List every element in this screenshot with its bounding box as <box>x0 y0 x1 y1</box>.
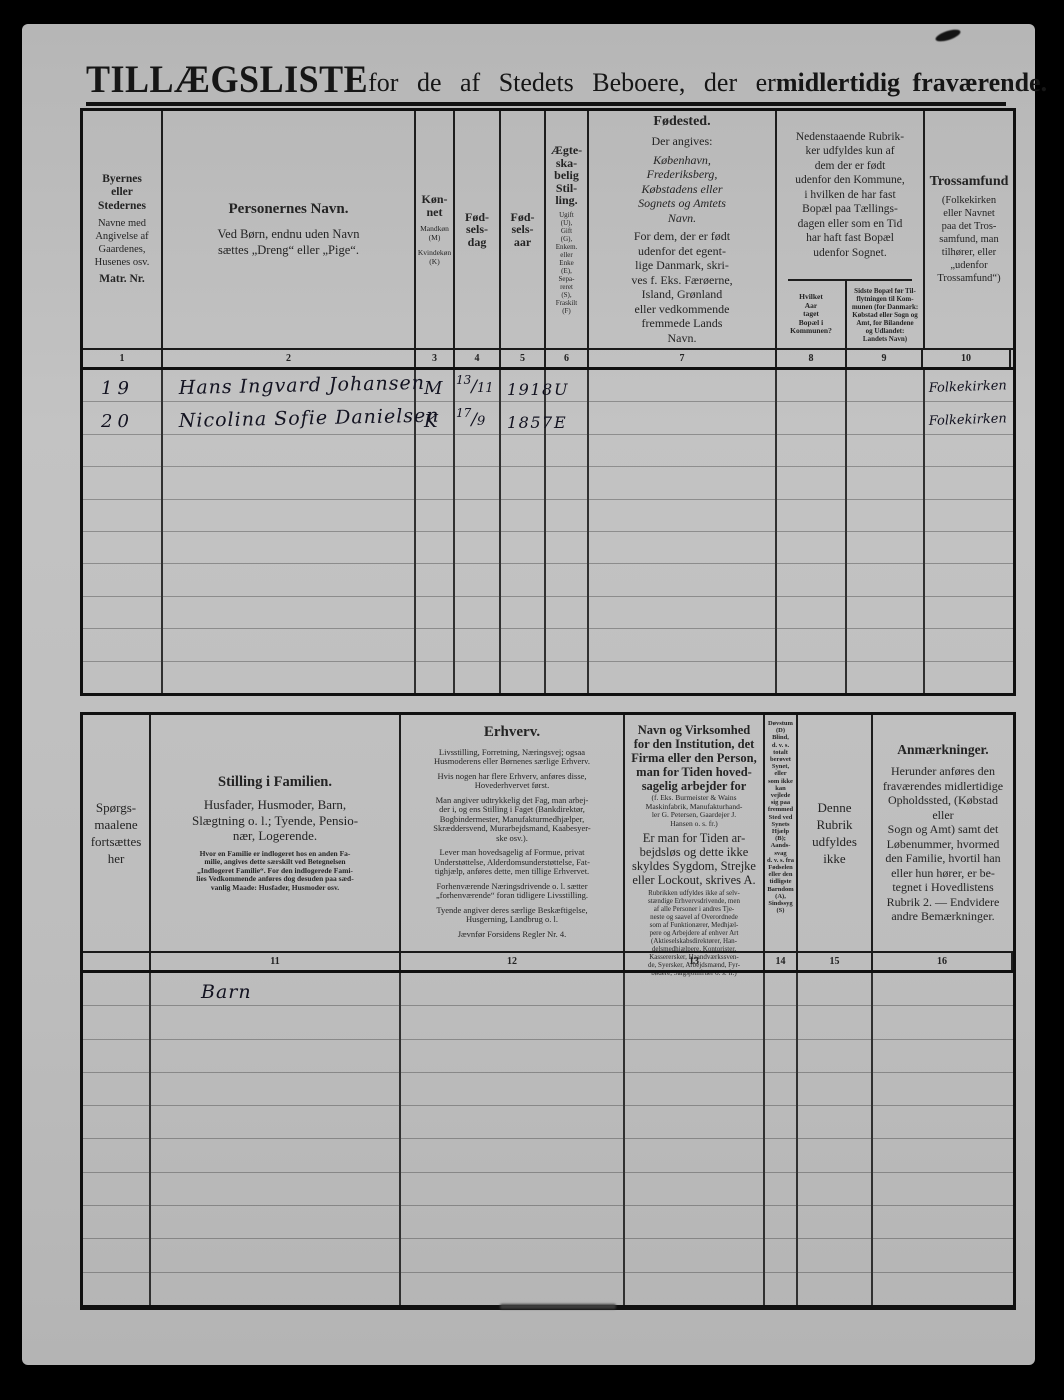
header-col13-employer: Navn og Virksomhed for den Institution, … <box>625 715 765 951</box>
empty-row <box>83 1139 1013 1172</box>
printer-imprint <box>500 1304 616 1309</box>
title-tail: midlertidig fraværende. <box>776 68 1047 98</box>
header-col16-remarks: Anmærkninger. Herunder anføres den fravæ… <box>873 715 1013 951</box>
empty-row <box>83 532 1013 564</box>
header-col6-marital-status: Ægte- ska- belig Stil- ling. Ugift (U), … <box>546 111 589 348</box>
birth-year: 1857 <box>507 413 554 432</box>
table-lower-header: Spørgs- maalene fortsættes her Stilling … <box>83 715 1013 951</box>
empty-row <box>83 1273 1013 1305</box>
col-number: 5 <box>501 350 546 367</box>
col-number: 6 <box>546 350 589 367</box>
header-col4-birth-day: Fød- sels- dag <box>455 111 501 348</box>
sex-value: M <box>424 378 442 399</box>
col-number: 12 <box>401 953 625 970</box>
empty-row <box>83 1173 1013 1206</box>
religion-value: Folkekirken <box>928 411 1007 429</box>
empty-row <box>83 435 1013 467</box>
numbers-row-spacer <box>83 953 151 970</box>
census-form-page: TILLÆGSLISTE for de af Stedets Beboere, … <box>22 24 1035 1365</box>
empty-row <box>83 1073 1013 1106</box>
header-col3-sex: Køn- net Mandkøn (M) Kvindekøn (K) <box>416 111 455 348</box>
row-number: 20 <box>101 411 134 432</box>
col-number: 11 <box>151 953 401 970</box>
row-number: 19 <box>101 378 134 399</box>
header-col2-name: Personernes Navn. Ved Børn, endnu uden N… <box>163 111 416 348</box>
col-number: 8 <box>777 350 847 367</box>
header-col7-birthplace: Fødested. Der angives: København, Freder… <box>589 111 777 348</box>
header-col9-last-residence: Sidste Bopæl før Til- flytningen til Kom… <box>847 281 923 348</box>
table-lower: Spørgs- maalene fortsættes her Stilling … <box>80 712 1016 1310</box>
header-col8-9-note: Nedenstaaende Rubrik- ker udfyldes kun a… <box>788 111 912 281</box>
col-number: 13 <box>625 953 765 970</box>
header-col8-9-group: Nedenstaaende Rubrik- ker udfyldes kun a… <box>777 111 925 348</box>
empty-row <box>83 1106 1013 1139</box>
table-upper: Byernes eller Stedernes Navne med Angive… <box>80 108 1016 696</box>
title-main: TILLÆGSLISTE <box>86 56 368 101</box>
col-number: 7 <box>589 350 777 367</box>
col-number: 16 <box>873 953 1013 970</box>
col-number: 3 <box>416 350 455 367</box>
col-number: 1 <box>83 350 163 367</box>
header-col11-family-position: Stilling i Familien. Husfader, Husmoder,… <box>151 715 401 951</box>
header-col15-not-filled: Denne Rubrik udfyldes ikke <box>798 715 873 951</box>
empty-row <box>83 467 1013 499</box>
empty-row <box>83 597 1013 629</box>
table-upper-number-row: 1 2 3 4 5 6 7 8 9 10 <box>83 348 1013 370</box>
sex-value: K <box>424 411 437 432</box>
table-lower-number-row: 11 12 13 14 15 16 <box>83 951 1013 973</box>
col-number: 2 <box>163 350 416 367</box>
header-col14-disabilities: Døvstum (D) Blind, d. v. s. totalt berøv… <box>765 715 798 951</box>
table-row-19: 19 Hans Ingvard Johansen M 13/11 1918 U … <box>83 370 1013 402</box>
religion-value: Folkekirken <box>928 379 1007 397</box>
side-note-questions-continue: Spørgs- maalene fortsættes her <box>83 715 151 951</box>
empty-row <box>83 1239 1013 1272</box>
col-number: 14 <box>765 953 798 970</box>
header-col8-9-subrow: Hvilket Aar taget Bopæl i Kommunen? Sids… <box>777 281 923 348</box>
header-col5-birth-year: Fød- sels- aar <box>501 111 546 348</box>
scanned-census-photo: TILLÆGSLISTE for de af Stedets Beboere, … <box>0 0 1064 1400</box>
empty-row <box>83 629 1013 661</box>
col-number: 10 <box>923 350 1011 367</box>
empty-row <box>83 1040 1013 1073</box>
ink-smudge <box>934 27 962 44</box>
birth-year: 1918 <box>507 380 554 399</box>
table-row-20: 20 Nicolina Sofie Danielsen K 17/9 1857 … <box>83 402 1013 434</box>
birth-date: 13/11 <box>456 373 494 397</box>
table-row-barn: Barn <box>83 973 1013 1006</box>
birth-date: 17/9 <box>456 406 485 430</box>
title-rule <box>86 102 1006 106</box>
table-lower-body: Barn <box>83 973 1013 1305</box>
empty-row <box>83 662 1013 693</box>
col-number: 9 <box>847 350 923 367</box>
header-col12-occupation: Erhverv. Livsstilling, Forretning, Nærin… <box>401 715 625 951</box>
table-upper-header: Byernes eller Stedernes Navne med Angive… <box>83 111 1013 348</box>
family-position: Barn <box>201 981 252 1003</box>
header-col10-religion: Trossamfund (Folkekirken eller Navnet pa… <box>925 111 1013 348</box>
empty-row <box>83 500 1013 532</box>
empty-row <box>83 1206 1013 1239</box>
marital-status: U <box>554 380 567 399</box>
person-name: Hans Ingvard Johansen <box>179 372 426 399</box>
person-name: Nicolina Sofie Danielsen <box>179 404 440 431</box>
col-number: 15 <box>798 953 873 970</box>
title-mid: for de af Stedets Beboere, der er <box>368 68 776 98</box>
col-number: 4 <box>455 350 501 367</box>
header-col8-year-moved: Hvilket Aar taget Bopæl i Kommunen? <box>777 281 847 348</box>
empty-row <box>83 1006 1013 1039</box>
marital-status: E <box>554 413 566 432</box>
header-col1-matr-nr: Byernes eller Stedernes Navne med Angive… <box>83 111 163 348</box>
table-upper-body: 19 Hans Ingvard Johansen M 13/11 1918 U … <box>83 370 1013 693</box>
empty-row <box>83 564 1013 596</box>
page-title: TILLÆGSLISTE for de af Stedets Beboere, … <box>86 58 1006 100</box>
